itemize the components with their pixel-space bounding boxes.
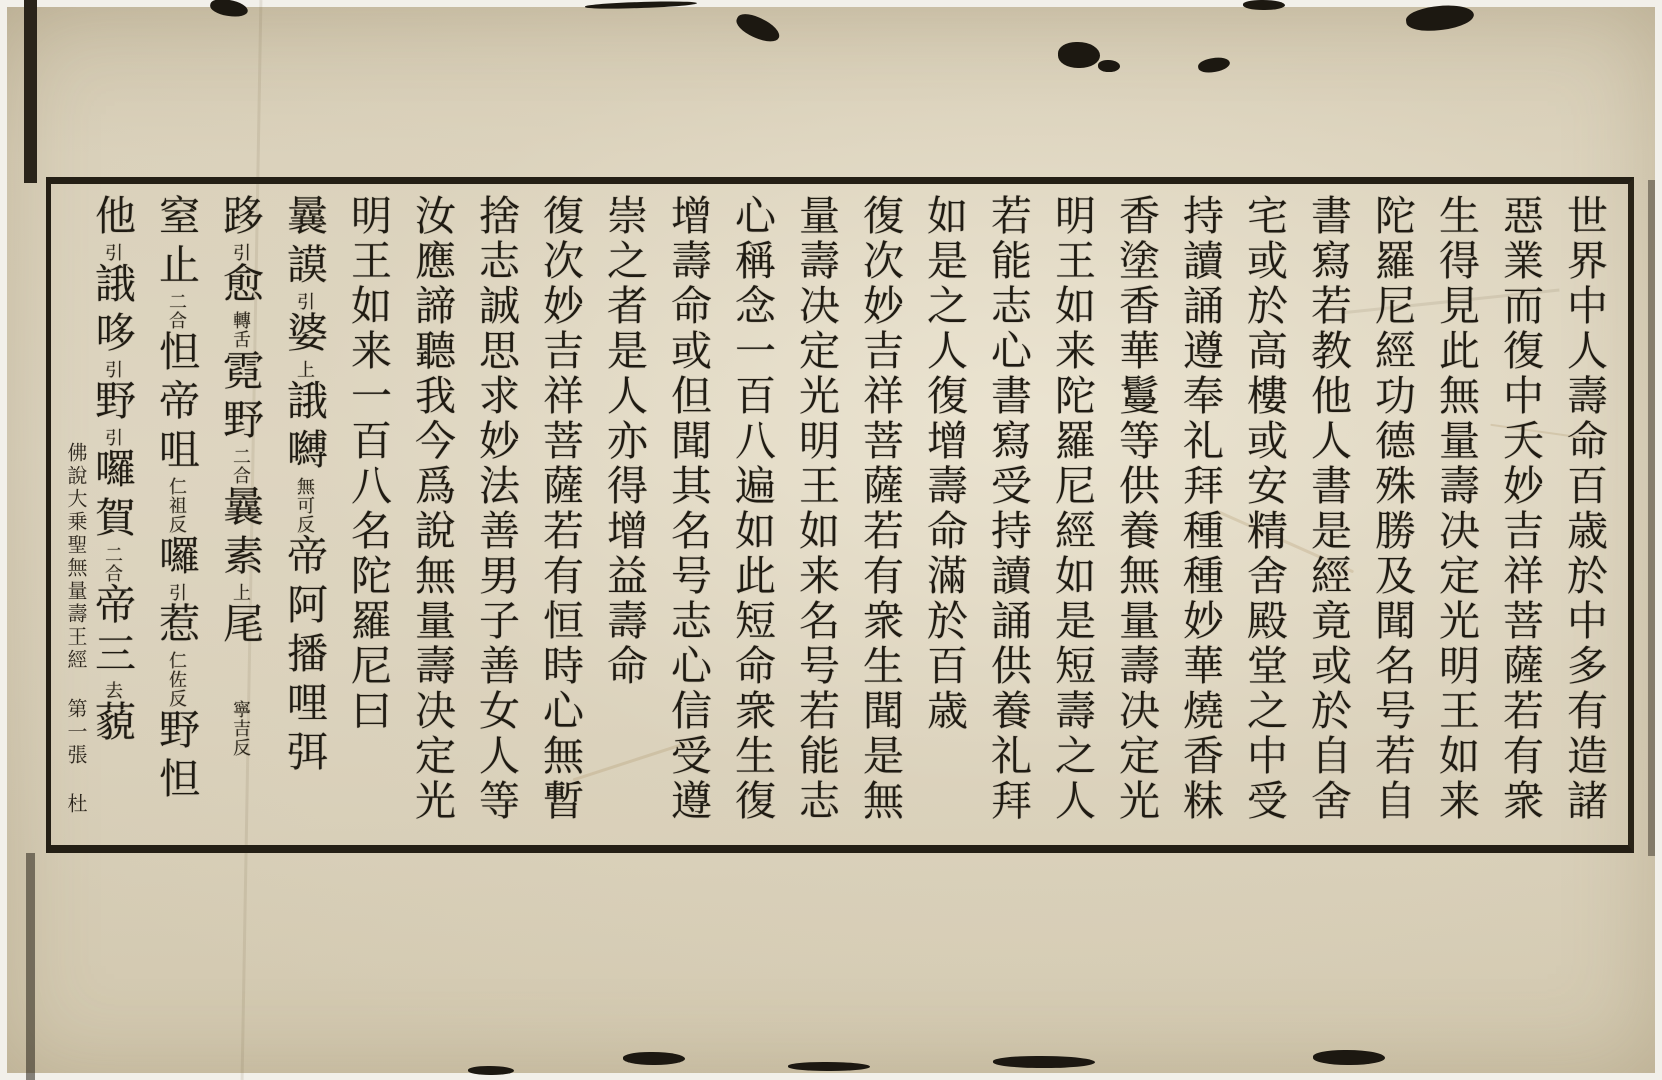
sutra-text: 增壽命或但聞其名号志心信受遵 (664, 194, 712, 824)
sutra-text: 野怛 (152, 708, 200, 806)
sutra-scroll-scan: 世界中人壽命百歳於中多有造諸惡業而復中夭妙吉祥菩薩若有衆生得見此無量壽决定光明王… (0, 0, 1662, 1080)
text-column-7: 持讀誦遵奉礼拜種種妙華燒香粖 (1168, 194, 1232, 842)
sutra-text: 跢 (216, 194, 264, 243)
text-column-8: 香塗香華鬘等供養無量壽决定光 (1104, 194, 1168, 842)
sutra-text: 曩謨 (280, 194, 328, 292)
text-column-17: 復次妙吉祥菩薩若有恒時心無暫 (528, 194, 592, 842)
text-column-10: 若能志心書寫受持讀誦供養礼拜 (976, 194, 1040, 842)
text-column-4: 陀羅尼經功德殊勝及聞名号若自 (1360, 194, 1424, 842)
phonetic-gloss: 引 (102, 428, 123, 447)
sutra-text: 囉賀 (88, 447, 136, 545)
text-column-13: 量壽决定光明王如来名号若能志 (784, 194, 848, 842)
sutra-text: 尾𩕳 (216, 602, 264, 700)
sutra-text: 野 (88, 379, 136, 428)
ink-smudge (788, 1062, 870, 1071)
sutra-text: 明王如来一百八名陀羅尼曰 (344, 194, 392, 734)
sutra-text: 復次妙吉祥菩薩若有衆生聞是無 (856, 194, 904, 824)
sutra-text: 惹 (152, 602, 200, 651)
ink-smudge (1098, 60, 1120, 72)
ink-smudge (1313, 1050, 1385, 1065)
ink-smudge (623, 1052, 685, 1065)
sutra-text: 帝三 (88, 583, 136, 681)
text-column-5: 書寫若教他人書是經竟或於自舍 (1296, 194, 1360, 842)
sutra-text: 怛帝咀 (152, 330, 200, 477)
spine-shadow (24, 0, 37, 183)
phonetic-gloss: 仁佐反 (166, 651, 187, 708)
sutra-text: 汝應諦聽我今爲說無量壽决定光 (408, 194, 456, 824)
text-column-21: 曩謨引婆上誐嚩無可反帝阿播哩弭 (272, 194, 336, 842)
phonetic-gloss: 二合 (166, 292, 187, 330)
sutra-text: 霓野 (216, 349, 264, 447)
phonetic-gloss: 去 (102, 681, 123, 700)
phonetic-gloss: 引 (102, 243, 123, 262)
sutra-text: 藐 (88, 700, 136, 749)
sutra-text: 帝阿播哩弭 (280, 534, 328, 779)
sutra-text: 窒止 (152, 194, 200, 292)
phonetic-gloss: 仁祖反 (166, 477, 187, 534)
ink-smudge (993, 1056, 1095, 1068)
spine-shadow (26, 853, 35, 1080)
text-column-6: 宅或於高樓或安精舍殿堂之中受 (1232, 194, 1296, 842)
text-column-11: 如是之人復增壽命滿於百歳 (912, 194, 976, 842)
text-column-3: 生得見此無量壽决定光明王如来 (1424, 194, 1488, 842)
sutra-text: 曩素 (216, 485, 264, 583)
sutra-text: 愈 (216, 262, 264, 311)
sutra-text: 崇之者是人亦得增益壽命 (600, 194, 648, 689)
carver-mark: 杜 (61, 793, 91, 816)
sutra-text: 若能志心書寫受持讀誦供養礼拜 (984, 194, 1032, 824)
text-column-18: 捨志誠思求妙法善男子善女人等 (464, 194, 528, 842)
phonetic-gloss: 二合 (102, 545, 123, 583)
sutra-text: 宅或於高樓或安精舍殿堂之中受 (1240, 194, 1288, 824)
text-column-22: 跢引愈轉舌霓野二合曩素上尾𩕳寧吉反 (208, 194, 272, 842)
phonetic-gloss: 引 (166, 583, 187, 602)
phonetic-gloss: 寧吉反 (230, 700, 251, 757)
phonetic-gloss: 引 (294, 292, 315, 311)
text-column-16: 崇之者是人亦得增益壽命 (592, 194, 656, 842)
sutra-text: 持讀誦遵奉礼拜種種妙華燒香粖 (1176, 194, 1224, 824)
text-block-frame: 世界中人壽命百歳於中多有造諸惡業而復中夭妙吉祥菩薩若有衆生得見此無量壽决定光明王… (46, 177, 1634, 853)
sutra-text: 囉 (152, 534, 200, 583)
sheet-number: 第一張 (61, 698, 91, 767)
sutra-text: 世界中人壽命百歳於中多有造諸 (1560, 194, 1608, 824)
ink-smudge (1243, 0, 1285, 10)
text-column-15: 增壽命或但聞其名号志心信受遵 (656, 194, 720, 842)
text-column-23: 窒止二合怛帝咀仁祖反囉引惹仁佐反野怛 (144, 194, 208, 842)
text-column-12: 復次妙吉祥菩薩若有衆生聞是無 (848, 194, 912, 842)
phonetic-gloss: 上 (294, 360, 315, 379)
text-column-19: 汝應諦聽我今爲說無量壽决定光 (400, 194, 464, 842)
text-column-14: 心稱念一百八遍如此短命衆生復 (720, 194, 784, 842)
sutra-title-column: 佛說大乗聖無量壽王經 第一張 杜 (61, 442, 91, 816)
sutra-text: 生得見此無量壽决定光明王如来 (1432, 194, 1480, 824)
phonetic-gloss: 無可反 (294, 477, 315, 534)
sutra-text: 誐嚩 (280, 379, 328, 477)
sutra-text: 捨志誠思求妙法善男子善女人等 (472, 194, 520, 824)
sutra-text: 書寫若教他人書是經竟或於自舍 (1304, 194, 1352, 824)
sutra-text: 惡業而復中夭妙吉祥菩薩若有衆 (1496, 194, 1544, 824)
sutra-title: 佛說大乗聖無量壽王經 (61, 442, 91, 672)
text-column-20: 明王如来一百八名陀羅尼曰 (336, 194, 400, 842)
sutra-text: 復次妙吉祥菩薩若有恒時心無暫 (536, 194, 584, 824)
sutra-text: 如是之人復增壽命滿於百歳 (920, 194, 968, 734)
phonetic-gloss: 引 (230, 243, 251, 262)
sutra-text-columns: 世界中人壽命百歳於中多有造諸惡業而復中夭妙吉祥菩薩若有衆生得見此無量壽决定光明王… (80, 194, 1616, 842)
text-column-2: 惡業而復中夭妙吉祥菩薩若有衆 (1488, 194, 1552, 842)
sutra-text: 明王如来陀羅尼經如是短壽之人 (1048, 194, 1096, 824)
text-column-9: 明王如来陀羅尼經如是短壽之人 (1040, 194, 1104, 842)
ink-smudge (468, 1066, 514, 1075)
phonetic-gloss: 上 (230, 583, 251, 602)
sutra-text: 誐哆 (88, 262, 136, 360)
phonetic-gloss: 引 (102, 360, 123, 379)
phonetic-gloss: 二合 (230, 447, 251, 485)
scroll-right-edge (1648, 180, 1655, 856)
sutra-text: 陀羅尼經功德殊勝及聞名号若自 (1368, 194, 1416, 824)
sutra-text: 他 (88, 194, 136, 243)
sutra-text: 婆 (280, 311, 328, 360)
sutra-text: 香塗香華鬘等供養無量壽决定光 (1112, 194, 1160, 824)
sutra-text: 量壽决定光明王如来名号若能志 (792, 194, 840, 824)
text-column-1: 世界中人壽命百歳於中多有造諸 (1552, 194, 1616, 842)
phonetic-gloss: 轉舌 (230, 311, 251, 349)
ink-smudge (1058, 42, 1100, 68)
sutra-text: 心稱念一百八遍如此短命衆生復 (728, 194, 776, 824)
